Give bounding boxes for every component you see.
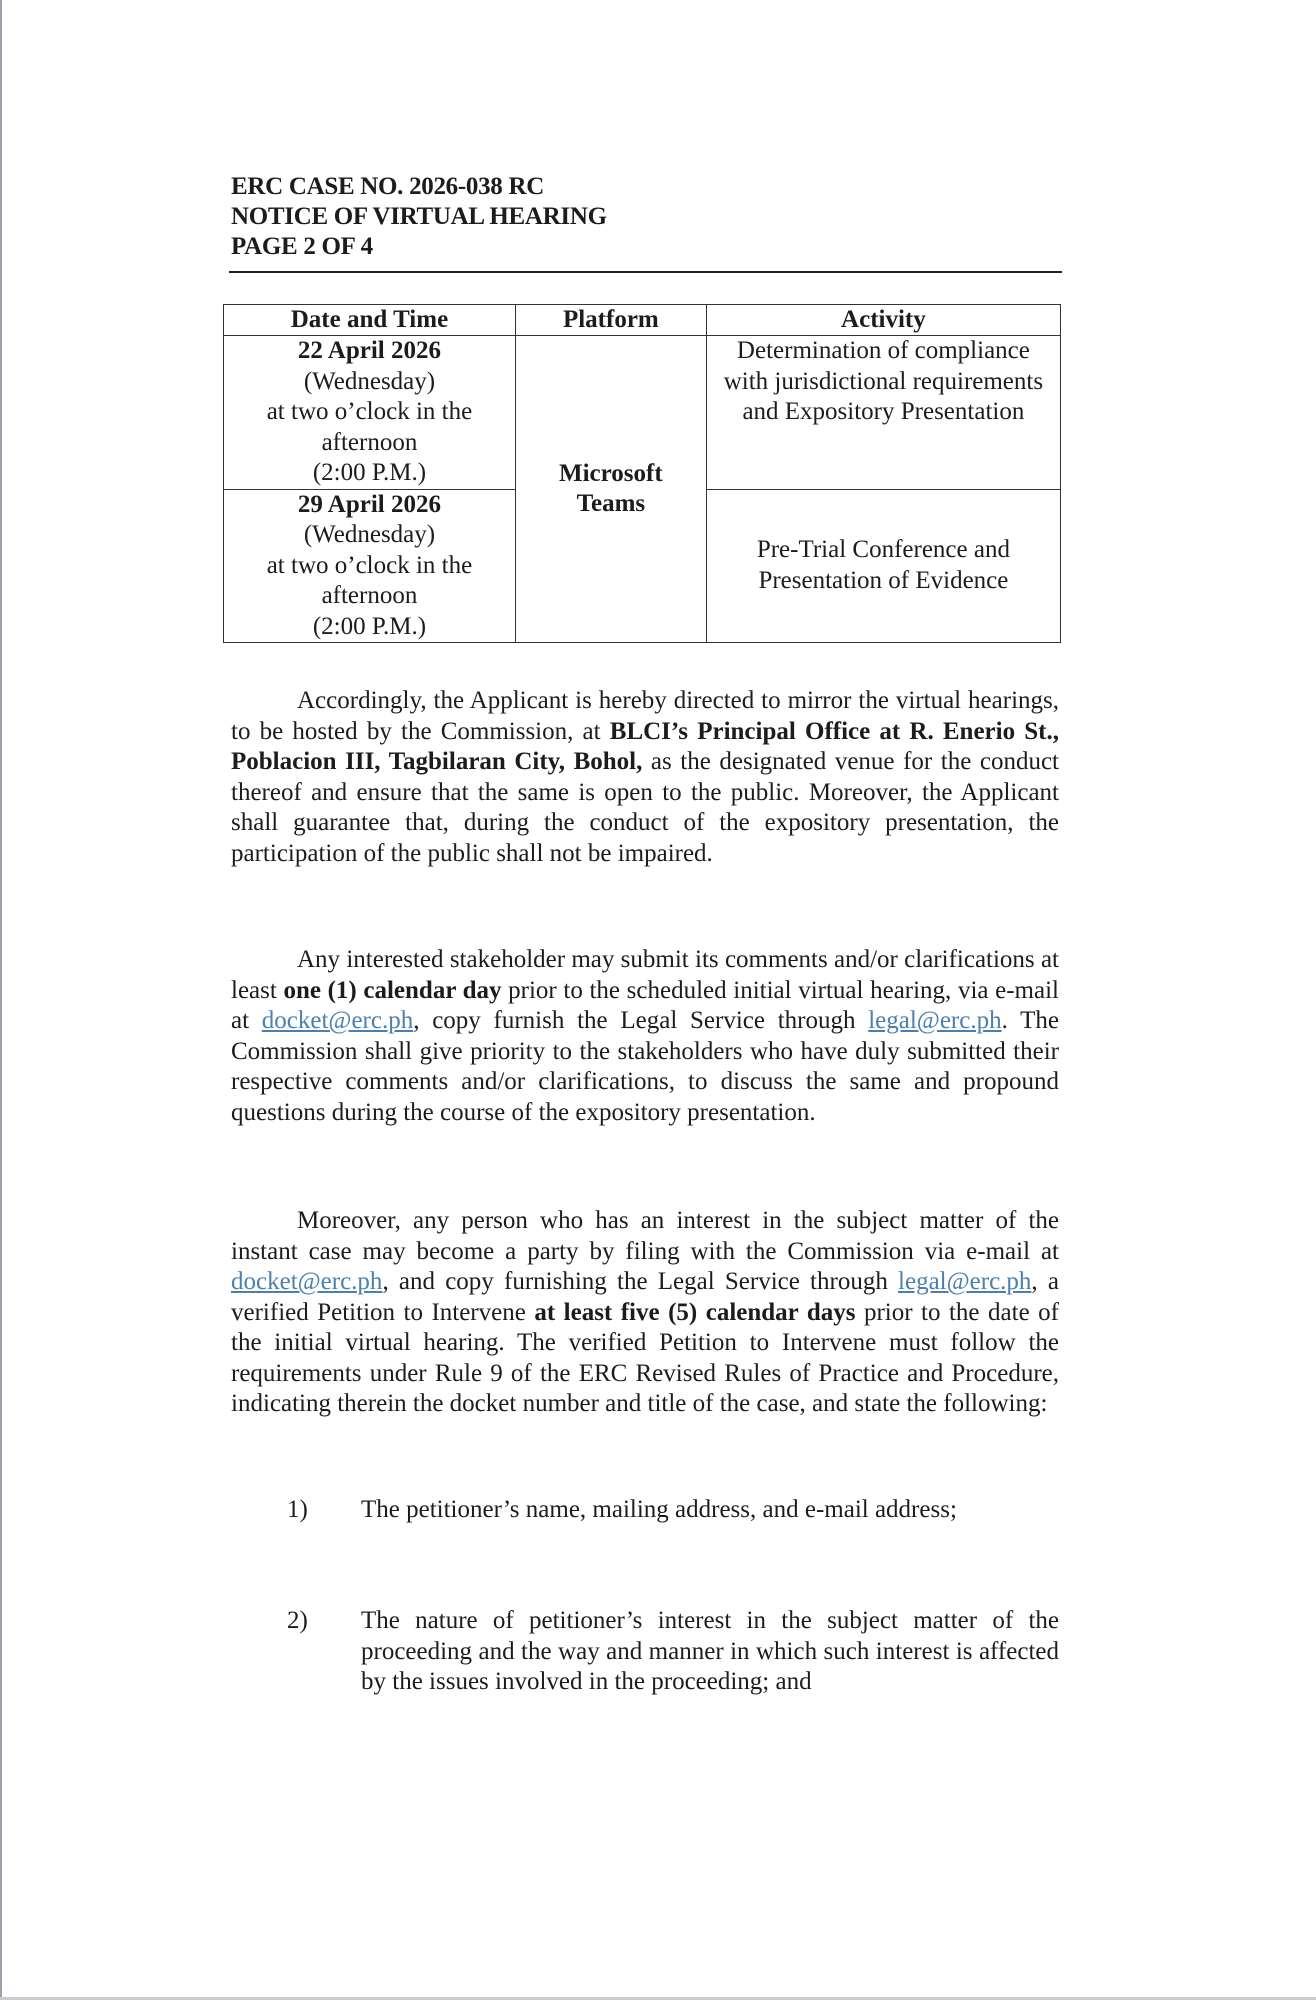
date-time-cell: 22 April 2026 (Wednesday) at two o’clock… xyxy=(224,336,516,490)
hearing-day: (Wednesday) xyxy=(230,520,509,551)
deadline-emphasis: one (1) calendar day xyxy=(283,977,501,1004)
activity-cell: Pre-Trial Conference and Presentation of… xyxy=(706,489,1060,643)
hearing-time-words: at two o’clock in the xyxy=(230,397,509,428)
hearing-time: (2:00 P.M.) xyxy=(230,458,509,489)
docket-email-link[interactable]: docket@erc.ph xyxy=(262,1007,413,1034)
hearing-schedule-table: Date and Time Platform Activity 22 April… xyxy=(223,304,1061,643)
list-item: 1) The petitioner’s name, mailing addres… xyxy=(287,1495,1059,1526)
paragraph-text: , and copy furnishing the Legal Service … xyxy=(382,1268,898,1295)
case-number: ERC CASE NO. 2026-038 RC xyxy=(231,172,1061,202)
date-time-cell: 29 April 2026 (Wednesday) at two o’clock… xyxy=(224,489,516,643)
intervention-paragraph: Moreover, any person who has an interest… xyxy=(231,1206,1059,1420)
docket-email-link[interactable]: docket@erc.ph xyxy=(231,1268,382,1295)
platform-name: Microsoft xyxy=(522,459,700,490)
page-indicator: PAGE 2 OF 4 xyxy=(231,232,1061,262)
list-text: The petitioner’s name, mailing address, … xyxy=(361,1495,1059,1526)
activity-cell: Determination of compliance with jurisdi… xyxy=(706,336,1060,490)
list-number: 2) xyxy=(287,1606,347,1637)
hearing-date: 22 April 2026 xyxy=(230,336,509,367)
column-header-platform: Platform xyxy=(515,305,706,336)
legal-email-link[interactable]: legal@erc.ph xyxy=(898,1268,1031,1295)
hearing-time-words: afternoon xyxy=(230,581,509,612)
table-row: 22 April 2026 (Wednesday) at two o’clock… xyxy=(224,336,1061,490)
column-header-date: Date and Time xyxy=(224,305,516,336)
list-number: 1) xyxy=(287,1495,347,1526)
paragraph-text: Moreover, any person who has an interest… xyxy=(231,1207,1059,1265)
page-edge xyxy=(0,0,2,2000)
table-header-row: Date and Time Platform Activity xyxy=(224,305,1061,336)
comments-paragraph: Any interested stakeholder may submit it… xyxy=(231,945,1059,1128)
document-title: NOTICE OF VIRTUAL HEARING xyxy=(231,202,1061,232)
list-item: 2) The nature of petitioner’s interest i… xyxy=(287,1606,1059,1698)
header-divider xyxy=(229,271,1062,273)
hearing-day: (Wednesday) xyxy=(230,367,509,398)
hearing-time-words: at two o’clock in the xyxy=(230,551,509,582)
paragraph-text: , copy furnish the Legal Service through xyxy=(413,1007,868,1034)
legal-email-link[interactable]: legal@erc.ph xyxy=(868,1007,1001,1034)
document-header: ERC CASE NO. 2026-038 RC NOTICE OF VIRTU… xyxy=(231,172,1061,262)
platform-cell: Microsoft Teams xyxy=(515,336,706,643)
column-header-activity: Activity xyxy=(706,305,1060,336)
venue-paragraph: Accordingly, the Applicant is hereby dir… xyxy=(231,686,1059,869)
deadline-emphasis: at least five (5) calendar days xyxy=(534,1299,855,1326)
hearing-date: 29 April 2026 xyxy=(230,490,509,521)
platform-name: Teams xyxy=(522,489,700,520)
hearing-time-words: afternoon xyxy=(230,428,509,459)
hearing-time: (2:00 P.M.) xyxy=(230,612,509,643)
list-text: The nature of petitioner’s interest in t… xyxy=(361,1606,1059,1698)
